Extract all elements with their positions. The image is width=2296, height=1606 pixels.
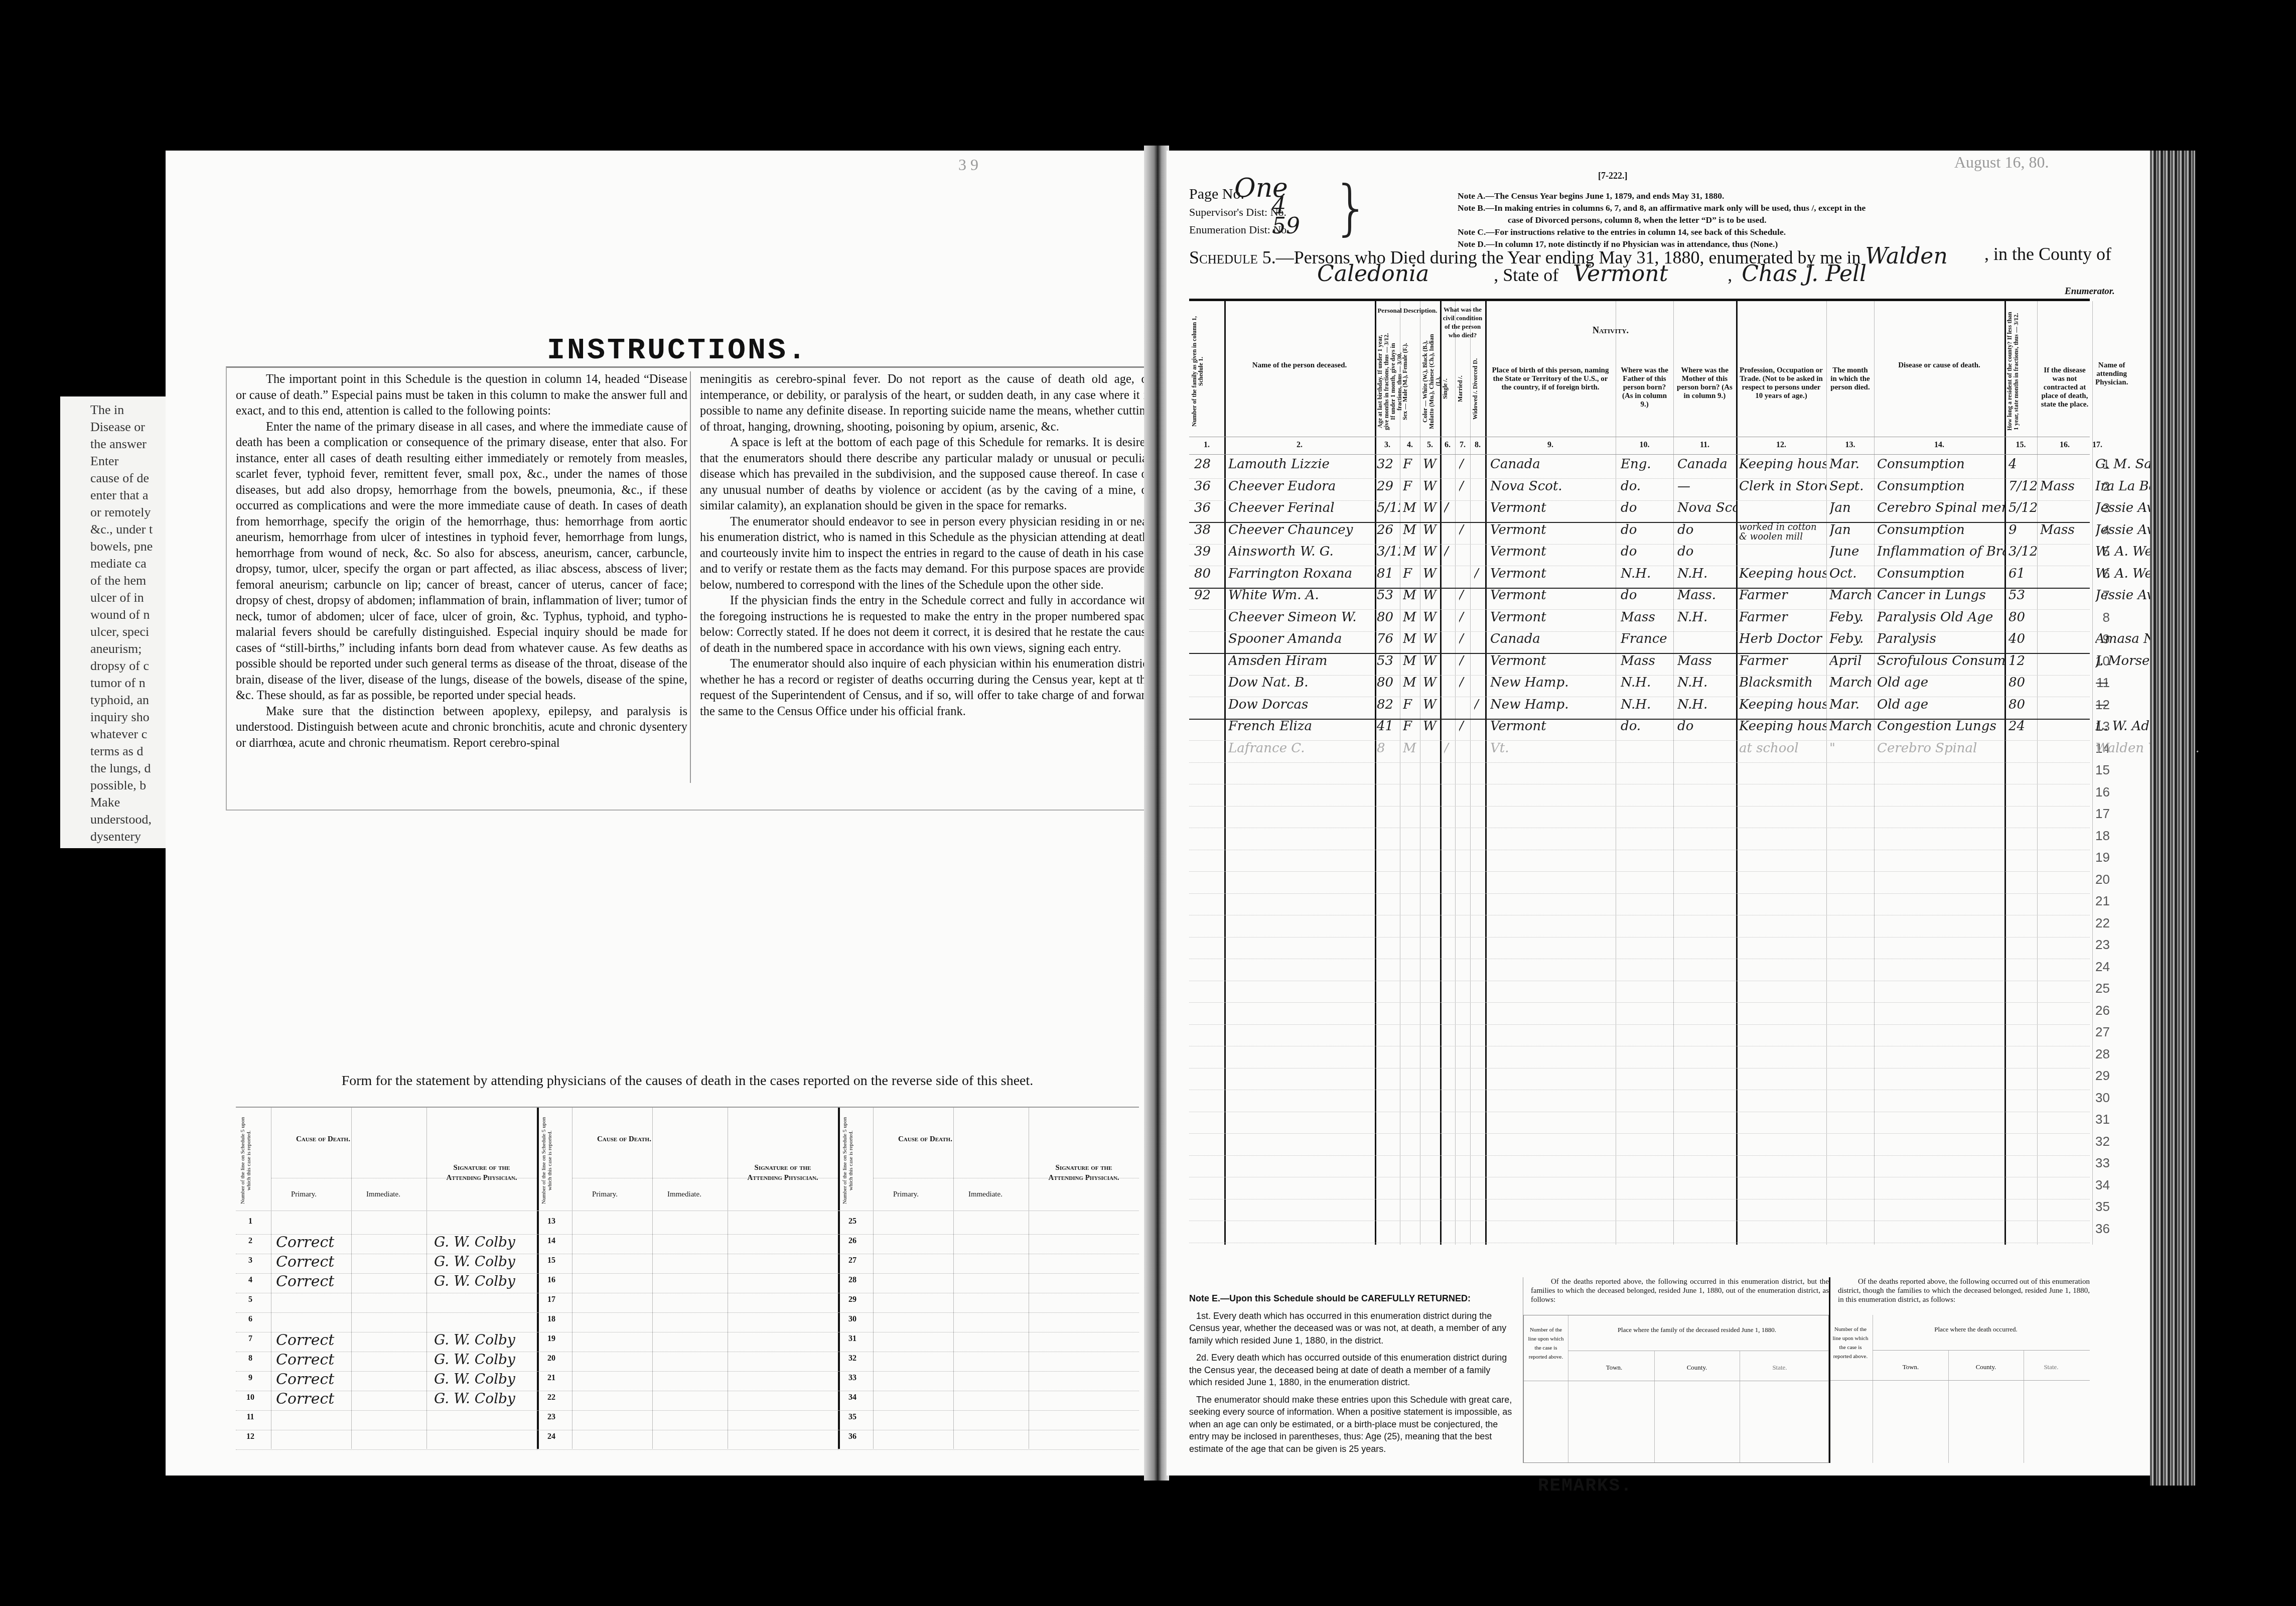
cell-residence: 61: [2008, 566, 2037, 581]
cell-sex: F: [1403, 719, 1420, 734]
physician-form-row: 7CorrectG. W. Colby: [236, 1330, 537, 1352]
cell-name: Dow Nat. B.: [1228, 675, 1375, 690]
line-number: 22: [2095, 915, 2110, 931]
cell-father: do: [1621, 500, 1673, 515]
column-header: Where was the Father of this person born…: [1619, 366, 1670, 409]
note-a: Note A.—The Census Year begins June 1, 1…: [1458, 190, 1949, 202]
cell-cause: Old age: [1877, 675, 2004, 690]
instruction-paragraph: The important point in this Schedule is …: [236, 371, 687, 419]
physician-form-row: 25: [838, 1213, 1139, 1235]
cell-residence: 5/12: [2008, 500, 2037, 515]
cause-of-death-header: Cause of Death.: [296, 1135, 350, 1144]
cell-sex: M: [1403, 741, 1420, 756]
line-number: 12: [243, 1432, 258, 1441]
cell-name: Cheever Eudora: [1228, 479, 1375, 494]
cell-sex: F: [1403, 457, 1420, 472]
line-number: 30: [845, 1315, 860, 1324]
instructions-column-2: meningitis as cerebro-spinal fever. Do n…: [700, 371, 1152, 719]
physician-form-row: 22: [537, 1389, 838, 1411]
cell-father: N.H.: [1621, 566, 1673, 581]
line-number: 18: [544, 1315, 559, 1324]
primary-cause-entry: Correct: [276, 1390, 334, 1408]
cell-occupation: Farmer: [1739, 588, 1826, 603]
cell-month: Jan: [1829, 522, 1874, 538]
torn-edge-fragment: whatever c: [90, 726, 166, 743]
physician-form-row: 27: [838, 1252, 1139, 1274]
cell-occupation: worked in cotton & woolen mill: [1739, 522, 1826, 542]
cell-married: /: [1459, 653, 1470, 668]
schedule-row: 17: [1189, 806, 2090, 828]
physician-form-row: 19: [537, 1330, 838, 1352]
signature-header: Signature of the Attending Physician.: [437, 1163, 527, 1183]
column-header: Where was the Mother of this person born…: [1676, 366, 1733, 400]
place-header: Place where the family of the deceased r…: [1574, 1325, 1820, 1334]
line-number: 25: [2095, 981, 2110, 996]
cell-cause: Paralysis Old Age: [1877, 610, 2004, 625]
line-number: 3: [243, 1256, 258, 1265]
cell-birthplace: New Hamp.: [1490, 675, 1616, 690]
line-number: 13: [544, 1217, 559, 1226]
schedule-row: 25: [1189, 981, 2090, 1003]
torn-edge-fragment: Make: [90, 794, 166, 811]
column-number: 3.: [1375, 441, 1400, 450]
schedule-row: 32: [1189, 1134, 2090, 1156]
cell-physician: —: [2095, 675, 2108, 690]
enumerator-name: Chas J. Pell: [1742, 261, 1867, 287]
line-number: 28: [2095, 1046, 2110, 1062]
cell-residence: 4: [2008, 457, 2037, 472]
cell-cause: Cancer in Lungs: [1877, 588, 2004, 603]
cell-birthplace: Vermont: [1490, 522, 1616, 538]
brace-icon: }: [1332, 181, 1370, 236]
line-number: 18: [2095, 828, 2110, 844]
physician-form-row: 31: [838, 1330, 1139, 1352]
line-number-header: Number of the line on Schedule 5 upon wh…: [842, 1113, 872, 1208]
line-number: 26: [845, 1237, 860, 1246]
physician-form-section: Number of the line on Schedule 5 upon wh…: [537, 1108, 838, 1449]
cell-married: /: [1459, 610, 1470, 625]
line-number: 24: [2095, 959, 2110, 975]
line-number: 8: [2103, 610, 2110, 625]
torn-edge-fragment: possible, b: [90, 777, 166, 794]
column-number: 11.: [1673, 441, 1736, 450]
schedule-row: 28: [1189, 1046, 2090, 1068]
cell-month: Sept.: [1829, 479, 1874, 494]
cell-cause: Old age: [1877, 697, 2004, 712]
county-header: County.: [1951, 1363, 2021, 1372]
page-stamp: 3 9: [958, 156, 978, 174]
in-district-intro: Of the deaths reported above, the follow…: [1531, 1277, 1829, 1304]
cell-married: /: [1459, 457, 1470, 472]
instruction-paragraph: The enumerator should also inquire of ea…: [700, 656, 1152, 719]
town-header: Town.: [1579, 1363, 1649, 1372]
line-number: 6: [243, 1315, 258, 1324]
cell-month: March: [1829, 719, 1874, 734]
cell-occupation: at school: [1739, 741, 1826, 756]
cell-residence: 3/12: [2008, 544, 2037, 559]
cell-mother: N.H.: [1677, 566, 1736, 581]
schedule-row: 21: [1189, 893, 2090, 915]
cell-age: 80: [1377, 610, 1400, 625]
line-number: 2: [243, 1237, 258, 1246]
physician-form-row: 30: [838, 1311, 1139, 1332]
physician-form-row: 20: [537, 1350, 838, 1372]
cell-color: W: [1423, 588, 1440, 603]
instruction-paragraph: The enumerator should endeavor to see in…: [700, 514, 1152, 593]
cell-birthplace: Vermont: [1490, 544, 1616, 559]
cell-cause: Cerebro Spinal men.: [1877, 500, 2004, 515]
line-number: 14: [544, 1237, 559, 1246]
cell-family: 36: [1194, 479, 1224, 494]
physician-form-row: 33: [838, 1370, 1139, 1391]
line-number: 29: [845, 1295, 860, 1304]
physician-signature: G. W. Colby: [434, 1331, 515, 1348]
line-number: 19: [2095, 850, 2110, 865]
cell-age: 53: [1377, 653, 1400, 668]
cell-age: 5/12: [1377, 500, 1400, 515]
mortality-schedule-table: Personal Description.What was the civil …: [1189, 299, 2090, 1245]
column-number: 6.: [1440, 441, 1455, 450]
line-number: 20: [2095, 872, 2110, 887]
cell-cause: Consumption: [1877, 566, 2004, 581]
instruction-paragraph: Enter the name of the primary disease in…: [236, 419, 687, 704]
cell-sex: M: [1403, 653, 1420, 668]
cell-cause: Cerebro Spinal: [1877, 741, 2004, 756]
cell-birthplace: New Hamp.: [1490, 697, 1616, 712]
column-number: 16.: [2037, 441, 2092, 450]
cell-birthplace: Vermont: [1490, 500, 1616, 515]
schedule-row: 16: [1189, 784, 2090, 807]
cell-sex: M: [1403, 675, 1420, 690]
torn-edge-fragment: terms as d: [90, 743, 166, 760]
cell-family: 80: [1194, 566, 1224, 581]
line-number: 8: [243, 1354, 258, 1363]
county-label: , in the County of: [1984, 243, 2111, 264]
torn-edge-fragment: the answer: [90, 436, 166, 453]
line-number-header: Number of the line on Schedule 5 upon wh…: [541, 1113, 571, 1208]
column-header: Age at last birthday. If under 1 year, g…: [1377, 331, 1398, 432]
cell-residence: 9: [2008, 522, 2037, 538]
cell-age: 82: [1377, 697, 1400, 712]
cell-sex: F: [1403, 697, 1420, 712]
torn-edge-fragment: the lungs, d: [90, 760, 166, 777]
physician-form-row: 9CorrectG. W. Colby: [236, 1370, 537, 1391]
note-b-cont: case of Divorced persons, column 8, when…: [1458, 214, 1949, 226]
cell-month: Feby.: [1829, 610, 1874, 625]
column-number: 17.: [2092, 441, 2102, 450]
line-number: 30: [2095, 1090, 2110, 1106]
cell-occupation: Clerk in Store: [1739, 479, 1826, 494]
schedule-row: 22: [1189, 915, 2090, 938]
cell-occupation: Farmer: [1739, 653, 1826, 668]
schedule-row: 236Cheever Eudora29FW/Nova Scot.do.—Cler…: [1189, 479, 2090, 501]
cell-age: 32: [1377, 457, 1400, 472]
column-header: Married /.: [1457, 346, 1468, 432]
line-number: 21: [544, 1374, 559, 1383]
physician-form-row: 29: [838, 1291, 1139, 1313]
cell-single: /: [1444, 500, 1455, 515]
cell-mother: Canada: [1677, 457, 1736, 472]
line-number: 26: [2095, 1003, 2110, 1018]
cell-married: /: [1459, 522, 1470, 538]
torn-edge-fragment: typhoid, an: [90, 692, 166, 709]
cell-name: Lafrance C.: [1228, 741, 1375, 756]
cell-sex: M: [1403, 544, 1420, 559]
cell-family: 28: [1194, 457, 1224, 472]
primary-cause-entry: Correct: [276, 1331, 334, 1349]
cell-name: Ainsworth W. G.: [1228, 544, 1375, 559]
immediate-header: Immediate.: [667, 1190, 701, 1199]
right-page-schedule-5: August 16, 80. [7-222.] Page No. One Sup…: [1167, 151, 2150, 1476]
schedule-row: 35: [1189, 1199, 2090, 1221]
line-number: 15: [2095, 762, 2110, 778]
form-number: [7-222.]: [1598, 171, 1627, 181]
physician-form-row: 32: [838, 1350, 1139, 1372]
line-number: 9: [243, 1374, 258, 1383]
state-label: , State of: [1494, 265, 1558, 285]
schedule-row: 14Lafrance C.8M/Vt.at school"Cerebro Spi…: [1189, 741, 2090, 763]
line-number: 11: [243, 1413, 258, 1422]
schedule-row: 24: [1189, 959, 2090, 981]
immediate-header: Immediate.: [968, 1190, 1002, 1199]
personal-description-header: Personal Description.: [1375, 306, 1440, 315]
cell-color: W: [1423, 457, 1440, 472]
cell-married: /: [1459, 675, 1470, 690]
left-page-instructions: 3 9 INSTRUCTIONS. The important point in…: [166, 151, 1147, 1476]
cell-father: do: [1621, 522, 1673, 538]
primary-cause-entry: Correct: [276, 1273, 334, 1290]
cell-sex: F: [1403, 566, 1420, 581]
line-number: 4: [243, 1276, 258, 1285]
cell-sex: M: [1403, 631, 1420, 646]
cell-name: White Wm. A.: [1228, 588, 1375, 603]
physician-signature: G. W. Colby: [434, 1253, 515, 1270]
line-number-header: Number of the line on Schedule 5 upon wh…: [240, 1113, 270, 1208]
line-number: 22: [544, 1393, 559, 1402]
out-district-table: Number of the line upon which the case i…: [1830, 1315, 2090, 1463]
column-number: 12.: [1736, 441, 1826, 450]
column-number: 5.: [1420, 441, 1440, 450]
column-header: Sex — Male (M.), Female (F.).: [1402, 331, 1418, 432]
cell-married: /: [1459, 719, 1470, 734]
cell-color: W: [1423, 675, 1440, 690]
cell-family: 39: [1194, 544, 1224, 559]
line-number-header: Number of the line upon which the case i…: [1526, 1325, 1566, 1362]
torn-edge-fragment: &c., under t: [90, 521, 166, 538]
instruction-paragraph: If the physician finds the entry in the …: [700, 593, 1152, 656]
physician-signature: G. W. Colby: [434, 1371, 515, 1387]
cell-month: Jan: [1829, 500, 1874, 515]
torn-edge-fragment: enter that a: [90, 487, 166, 504]
cell-month: Oct.: [1829, 566, 1874, 581]
cell-month: Mar.: [1829, 697, 1874, 712]
line-number: 16: [544, 1276, 559, 1285]
physician-form-section: Number of the line on Schedule 5 upon wh…: [838, 1108, 1139, 1449]
line-number-header: Number of the line upon which the case i…: [1830, 1325, 1871, 1361]
remarks-title: REMARKS.: [1538, 1476, 1633, 1496]
physician-form-title: Form for the statement by attending phys…: [236, 1073, 1139, 1089]
torn-edge-fragment: cause of de: [90, 470, 166, 487]
line-number: 16: [2095, 784, 2110, 800]
physician-form-row: 13: [537, 1213, 838, 1235]
torn-edge-fragment: The in: [90, 401, 166, 419]
schedule-row: 29: [1189, 1068, 2090, 1090]
primary-cause-entry: Correct: [276, 1234, 334, 1251]
note-e: Note E.—Upon this Schedule should be CAR…: [1189, 1292, 1515, 1460]
schedule-row: 19: [1189, 850, 2090, 872]
line-number: 31: [845, 1334, 860, 1344]
cell-married: /: [1459, 631, 1470, 646]
physician-form-row: 21: [537, 1370, 838, 1391]
column-header: Widowed /. Divorced D.: [1472, 346, 1483, 432]
column-header: How long a resident of the county? If le…: [2006, 311, 2035, 432]
column-number: 14.: [1874, 441, 2004, 450]
cell-mother: Mass.: [1677, 588, 1736, 603]
line-number: 27: [2095, 1024, 2110, 1040]
torn-edge-fragment: or remotely: [90, 504, 166, 521]
cell-mother: N.H.: [1677, 697, 1736, 712]
torn-edge-fragment: of the hem: [90, 572, 166, 589]
cell-cause: Inflammation of Brain: [1877, 544, 2004, 559]
schedule-row: 336Cheever Ferinal5/12MW/VermontdoNova S…: [1189, 500, 2090, 523]
torn-edge-fragment: mediate ca: [90, 555, 166, 572]
cell-cause: Consumption: [1877, 457, 2004, 472]
cell-occupation: Keeping house: [1739, 697, 1826, 712]
cell-residence: 80: [2008, 675, 2037, 690]
county-value: Caledonia: [1317, 261, 1429, 287]
schedule-row: 12Dow Dorcas82FW/New Hamp.N.H.N.H.Keepin…: [1189, 697, 2090, 720]
physician-form-section: Number of the line on Schedule 5 upon wh…: [236, 1108, 537, 1449]
physician-form-row: 18: [537, 1311, 838, 1332]
cell-mother: do: [1677, 544, 1736, 559]
cell-age: 41: [1377, 719, 1400, 734]
primary-cause-entry: Correct: [276, 1351, 334, 1369]
physician-signature: G. W. Colby: [434, 1273, 515, 1289]
schedule-row: 33: [1189, 1155, 2090, 1177]
torn-edge-fragment: dropsy of c: [90, 657, 166, 675]
line-number: 1: [243, 1217, 258, 1226]
schedule-row: 27: [1189, 1024, 2090, 1046]
torn-edge-fragment: inquiry sho: [90, 709, 166, 726]
physician-form-row: 5: [236, 1291, 537, 1313]
column-number: 10.: [1616, 441, 1673, 450]
nativity-header: Nativity.: [1485, 326, 1736, 335]
column-header: Single /.: [1442, 346, 1453, 432]
schedule-row: 792White Wm. A.53MW/VermontdoMass.Farmer…: [1189, 588, 2090, 610]
cell-residence: 80: [2008, 610, 2037, 625]
physician-form-row: 1: [236, 1213, 537, 1235]
cell-married: /: [1459, 479, 1470, 494]
cell-birthplace: Vt.: [1490, 741, 1616, 756]
cell-birthplace: Nova Scot.: [1490, 479, 1616, 494]
physician-form-row: 36: [838, 1428, 1139, 1450]
note-e-item: The enumerator should make these entries…: [1189, 1394, 1515, 1455]
book-page-edges: [2150, 151, 2195, 1486]
cell-father: do: [1621, 588, 1673, 603]
instruction-paragraph: meningitis as cerebro-spinal fever. Do n…: [700, 371, 1152, 435]
physician-statement-form: Number of the line on Schedule 5 upon wh…: [236, 1107, 1139, 1449]
torn-edge-fragment: understood,: [90, 811, 166, 828]
town-header: Town.: [1876, 1363, 1946, 1372]
cell-name: Dow Dorcas: [1228, 697, 1375, 712]
cell-contracted: Mass: [2040, 522, 2092, 538]
cell-color: W: [1423, 479, 1440, 494]
cell-residence: 7/12: [2008, 479, 2037, 494]
cell-month: March: [1829, 675, 1874, 690]
column-number: 13.: [1826, 441, 1874, 450]
line-number: 10: [243, 1393, 258, 1402]
cell-occupation: Blacksmith: [1739, 675, 1826, 690]
schedule-row: 13French Eliza41FW/Vermontdo.doKeeping h…: [1189, 719, 2090, 741]
line-number: 28: [845, 1276, 860, 1285]
column-header: Disease or cause of death.: [1877, 361, 2001, 370]
cell-age: 3/12: [1377, 544, 1400, 559]
cell-residence: 24: [2008, 719, 2037, 734]
cell-mother: N.H.: [1677, 675, 1736, 690]
place-line: Caledonia , State of Vermont , Chas J. P…: [1317, 261, 1867, 287]
cell-father: Eng.: [1621, 457, 1673, 472]
cell-month: Feby.: [1829, 631, 1874, 646]
cell-age: 53: [1377, 588, 1400, 603]
cell-father: N.H.: [1621, 675, 1673, 690]
cell-sex: M: [1403, 522, 1420, 538]
column-header: Color — White (W.), Black (B.), Mulatto …: [1422, 331, 1438, 432]
cell-age: 81: [1377, 566, 1400, 581]
torn-edge-fragment: wound of n: [90, 606, 166, 623]
column-number: 7.: [1455, 441, 1470, 450]
cell-age: 26: [1377, 522, 1400, 538]
line-number: 33: [2095, 1155, 2110, 1171]
line-number: 35: [845, 1413, 860, 1422]
line-number: 34: [2095, 1177, 2110, 1193]
primary-header: Primary.: [291, 1190, 317, 1199]
line-number: 7: [243, 1334, 258, 1344]
instruction-paragraph: Make sure that the distinction between a…: [236, 704, 687, 751]
physician-form-row: 34: [838, 1389, 1139, 1411]
cell-father: France: [1621, 631, 1673, 646]
note-c: Note C.—For instructions relative to the…: [1458, 226, 1949, 238]
note-e-title: Note E.—Upon this Schedule should be CAR…: [1189, 1292, 1515, 1305]
cell-name: Lamouth Lizzie: [1228, 457, 1375, 472]
state-value: Vermont: [1573, 261, 1668, 287]
torn-edge-fragment: ulcer of in: [90, 589, 166, 606]
cell-single: /: [1444, 544, 1455, 559]
instruction-paragraph: A space is left at the bottom of each pa…: [700, 435, 1152, 514]
column-number: 15.: [2004, 441, 2037, 450]
cell-sex: M: [1403, 500, 1420, 515]
schedule-row: 128Lamouth Lizzie32FW/CanadaEng.CanadaKe…: [1189, 457, 2090, 479]
physician-form-row: 35: [838, 1409, 1139, 1430]
schedule-number: Schedule 5.: [1189, 247, 1276, 267]
physician-signature: G. W. Colby: [434, 1390, 515, 1407]
column-number: 8.: [1470, 441, 1485, 450]
line-number: 17: [2095, 806, 2110, 822]
line-number: 5: [243, 1295, 258, 1304]
physician-form-row: 8CorrectG. W. Colby: [236, 1350, 537, 1372]
cell-father: N.H.: [1621, 697, 1673, 712]
cell-sex: M: [1403, 610, 1420, 625]
cell-color: W: [1423, 566, 1440, 581]
line-number: 34: [845, 1393, 860, 1402]
physician-form-row: 26: [838, 1233, 1139, 1254]
instructions-column-1: The important point in this Schedule is …: [236, 371, 687, 751]
cell-birthplace: Vermont: [1490, 588, 1616, 603]
cause-of-death-header: Cause of Death.: [898, 1135, 952, 1144]
cell-family: 38: [1194, 522, 1224, 538]
cell-name: Farrington Roxana: [1228, 566, 1375, 581]
cell-age: 29: [1377, 479, 1400, 494]
line-number: 23: [544, 1413, 559, 1422]
